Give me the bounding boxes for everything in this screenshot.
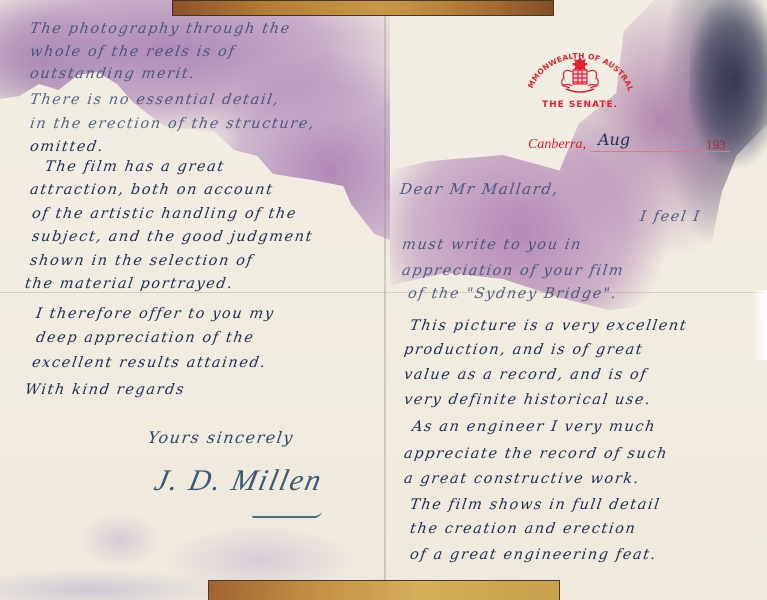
right-line: I feel I (639, 210, 702, 225)
dark-stain-edge (690, 0, 767, 180)
right-line: a great constructive work. (403, 472, 641, 487)
horizontal-fold-line (0, 292, 767, 293)
salutation: Dear Mr Mallard, (399, 182, 560, 197)
right-line: production, and is of great (403, 343, 644, 358)
right-line: very definite historical use. (403, 393, 652, 408)
dateline-place: Canberra, (528, 137, 586, 153)
right-line: This picture is a very excellent (409, 319, 688, 334)
left-line: in the erection of the structure, (29, 117, 316, 132)
left-line: outstanding merit. (29, 67, 196, 82)
adhesive-tape-top (172, 0, 554, 16)
right-line: value as a record, and is of (403, 368, 648, 383)
torn-edge (753, 290, 767, 360)
right-line: the creation and erection (409, 522, 637, 537)
left-line: I therefore offer to you my (35, 307, 276, 322)
left-line: The photography through the (29, 22, 292, 37)
vertical-fold-line (384, 0, 386, 600)
letterhead-senate: THE SENATE. (520, 100, 640, 110)
left-line: With kind regards (24, 383, 186, 398)
letter-sheet: COMMONWEALTH OF AUSTRALIA THE SENATE. Ca… (0, 0, 767, 600)
adhesive-tape-bottom (208, 580, 560, 600)
signature: J. D. Millen (151, 464, 326, 498)
right-line: appreciation of your film (401, 264, 625, 279)
letterhead: COMMONWEALTH OF AUSTRALIA THE SENATE. (520, 38, 640, 118)
left-line: deep appreciation of the (35, 331, 256, 346)
closing: Yours sincerely (147, 428, 296, 447)
left-line: the material portrayed. (24, 277, 234, 292)
left-line: excellent results attained. (31, 356, 268, 371)
coat-of-arms-icon (558, 56, 602, 94)
signature-flourish (252, 510, 322, 518)
left-line: attraction, both on account (29, 183, 275, 198)
left-line: whole of the reels is of (29, 45, 236, 60)
left-line: of the artistic handling of the (31, 207, 298, 222)
dateline-month: Aug (598, 130, 630, 149)
left-line: subject, and the good judgment (31, 230, 314, 245)
right-line: appreciate the record of such (403, 447, 669, 462)
left-line: shown in the selection of (29, 254, 254, 269)
right-line: As an engineer I very much (411, 420, 657, 435)
right-line: of the "Sydney Bridge". (407, 287, 618, 302)
left-line: There is no essential detail, (29, 93, 280, 108)
dateline-year: 193 (706, 137, 726, 153)
right-line: of a great engineering feat. (409, 548, 658, 563)
right-line: must write to you in (401, 238, 583, 253)
left-line: The film has a great (44, 160, 226, 175)
right-line: The film shows in full detail (409, 498, 661, 513)
left-line: omitted. (29, 140, 105, 155)
